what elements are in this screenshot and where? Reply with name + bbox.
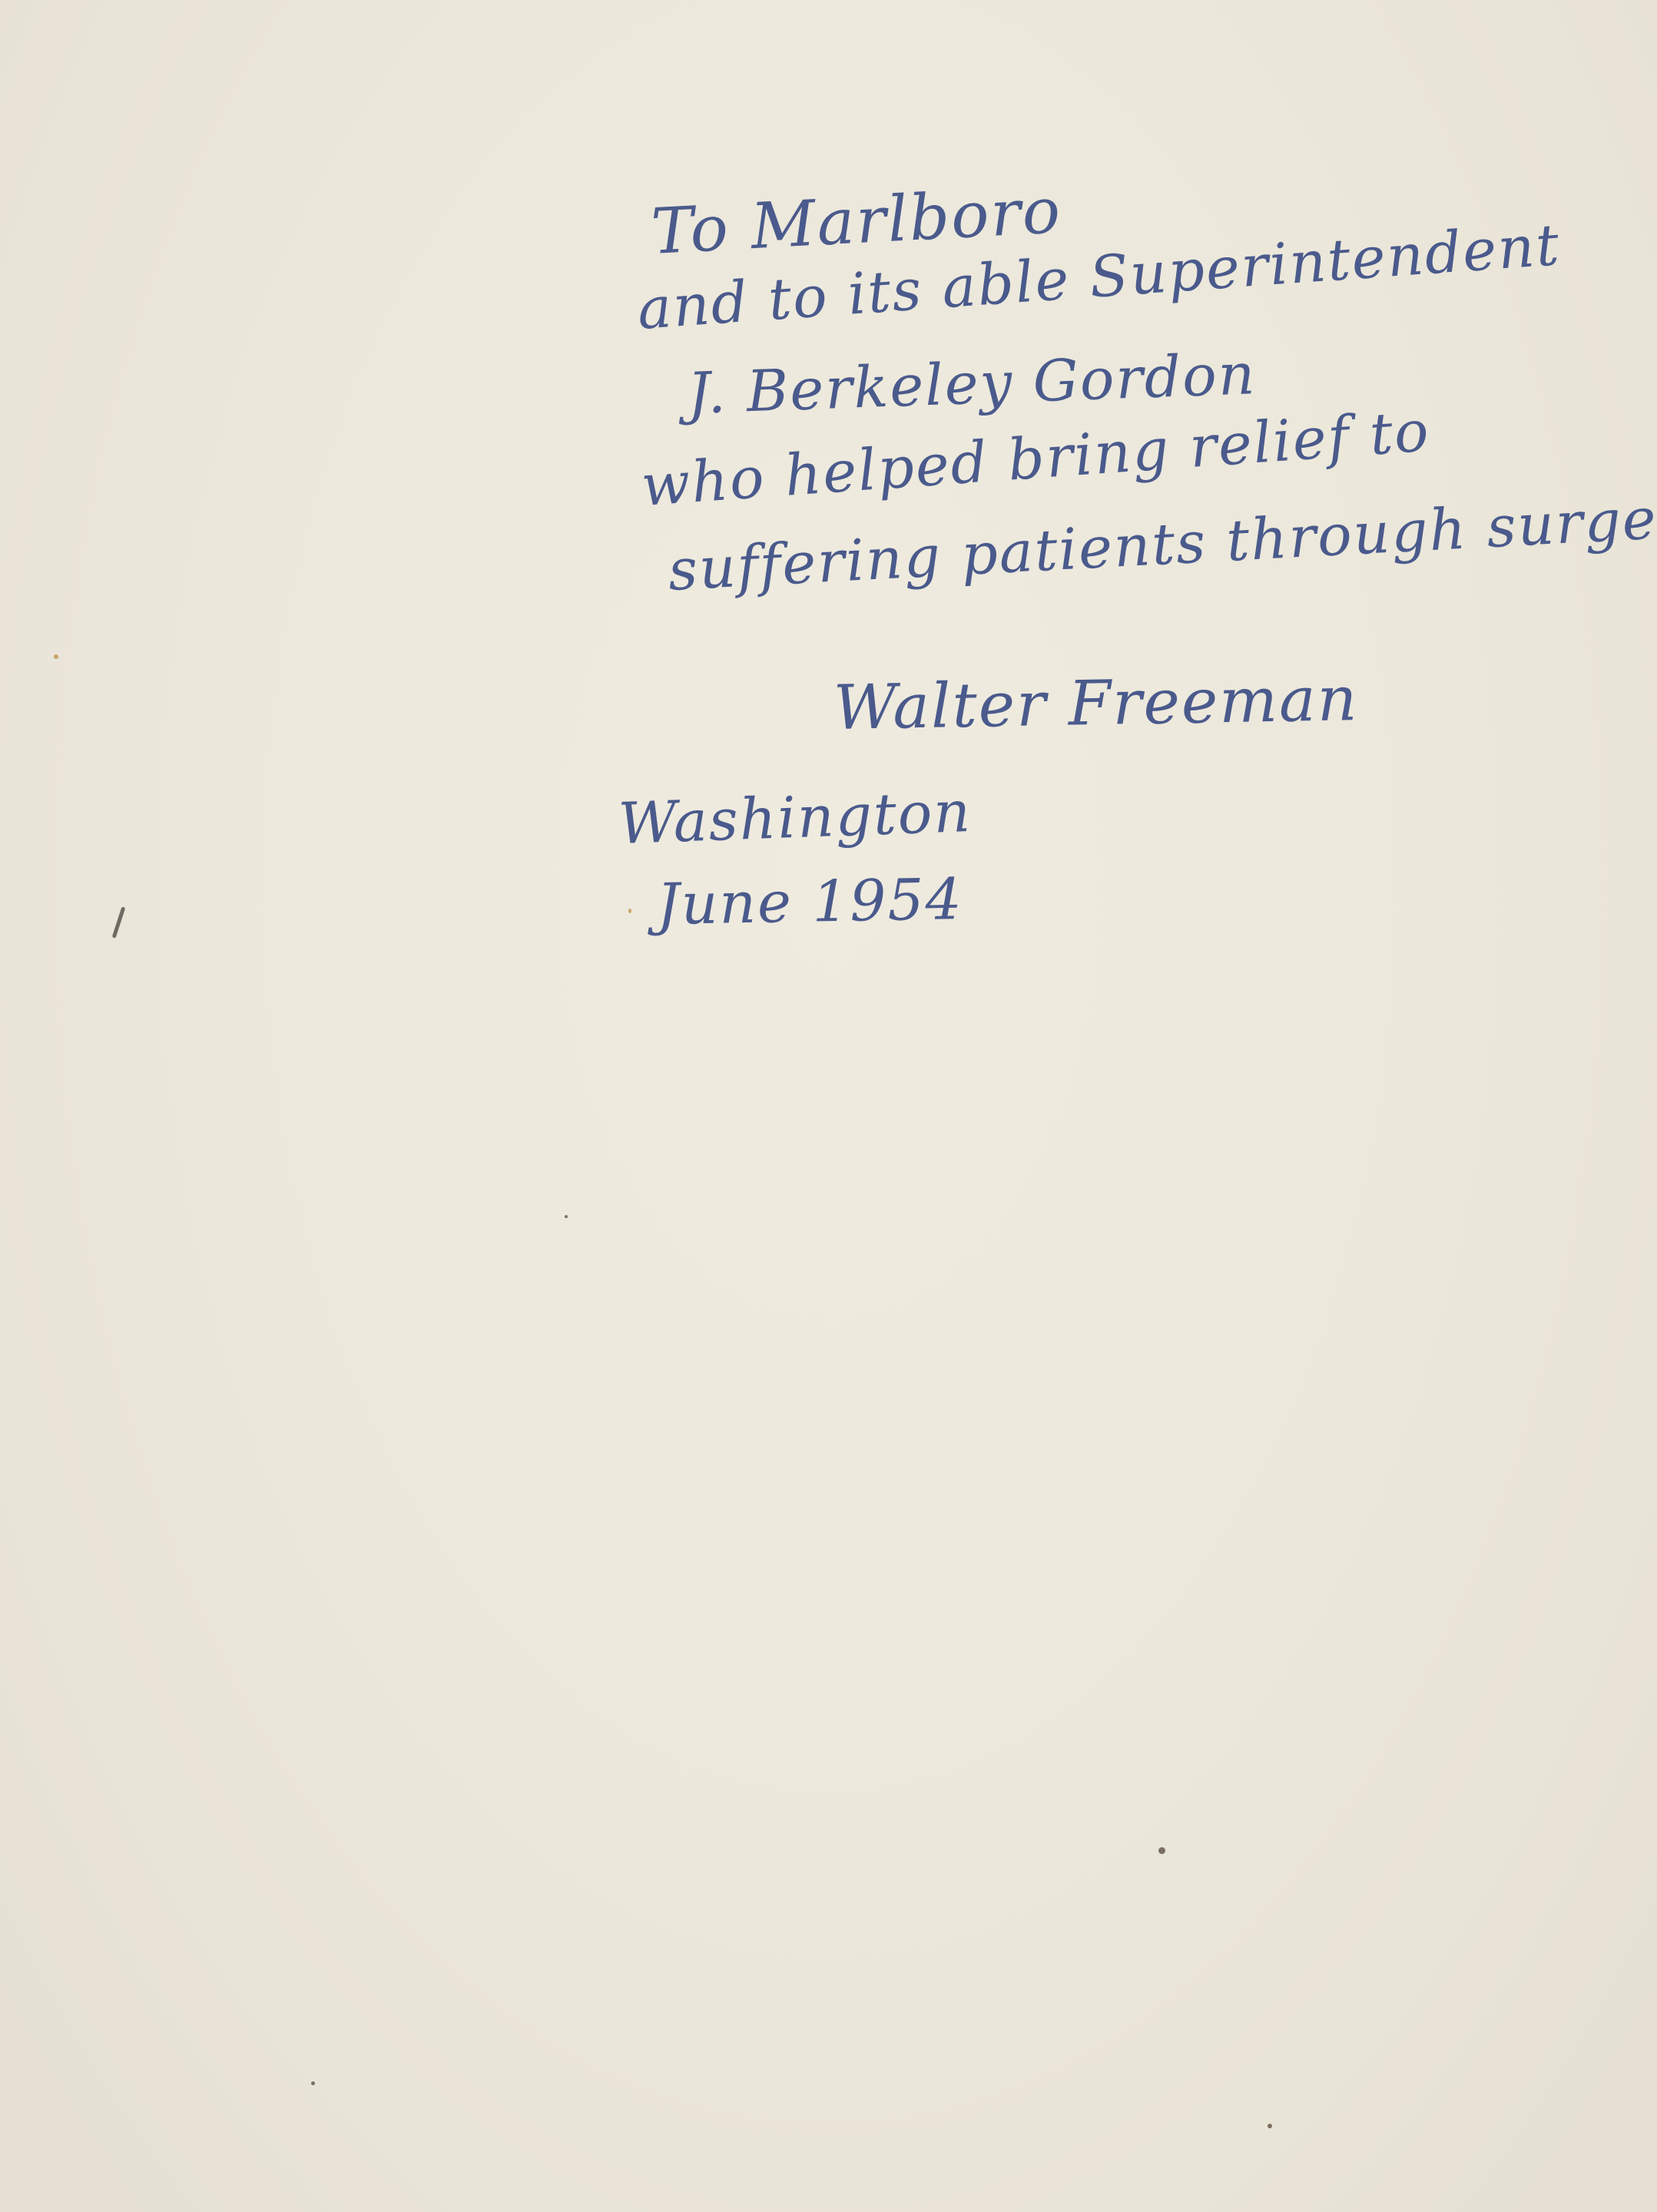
paper-speck [311,2081,315,2085]
paper-mark [112,906,126,938]
document-page: To Marlboro and to its able Superintende… [0,0,1657,2212]
paper-speck [54,654,58,659]
paper-speck [628,909,631,913]
signature: Walter Freeman [833,663,1359,743]
place-line: Washington [617,779,973,857]
inscription-line-3: J. Berkeley Gordon [686,341,1257,427]
date-line: June 1954 [656,866,963,938]
paper-speck [1268,2124,1272,2128]
paper-speck [1158,1847,1165,1854]
paper-speck [565,1215,568,1218]
